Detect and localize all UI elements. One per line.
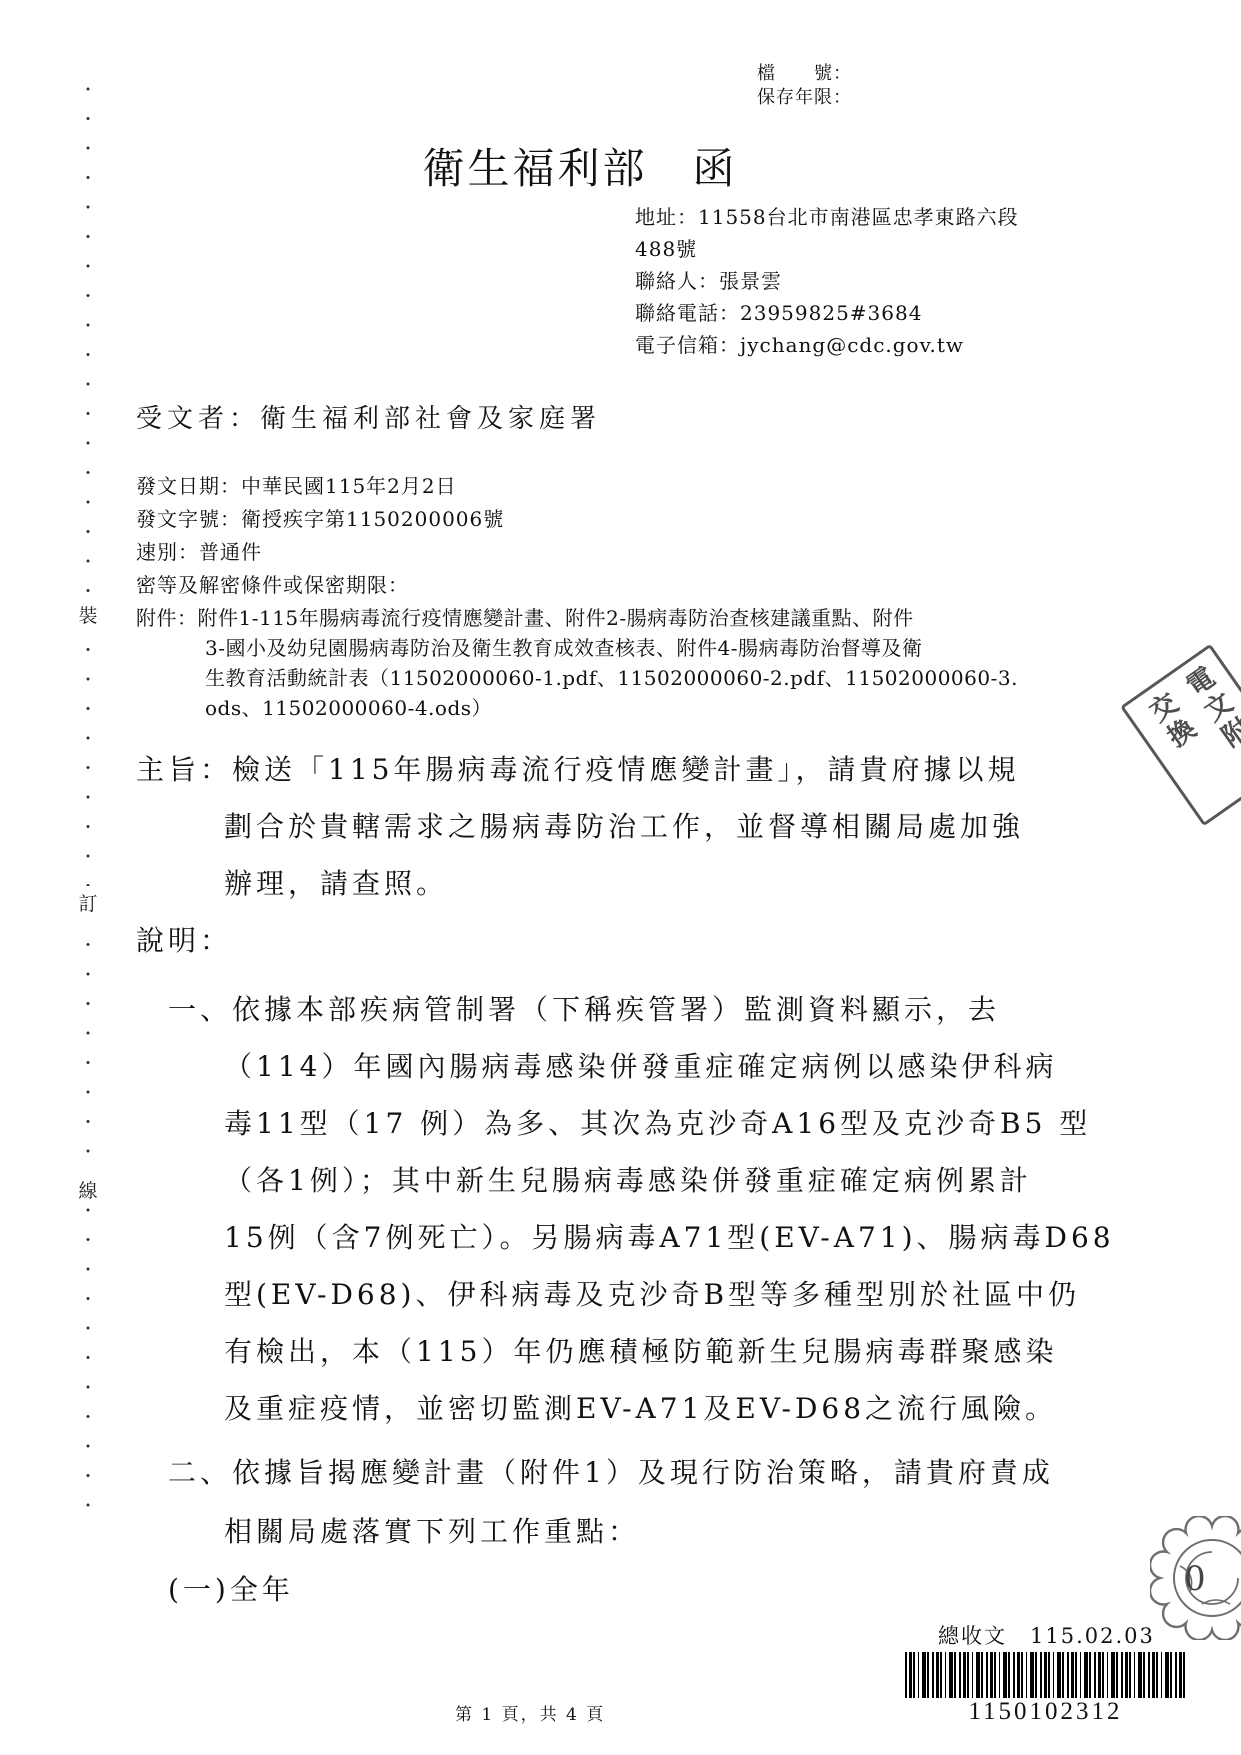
receipt-barcode-number: 1150102312 [905,1698,1186,1726]
attachment-line1: 附件：附件1-115年腸病毒流行疫情應變計畫、附件2-腸病毒防治查核建議重點、附… [136,602,914,631]
subject-line3: 辦理，請查照。 [224,862,448,902]
issue-date: 發文日期：中華民國115年2月2日 [136,470,457,499]
attachment-line2: 3-國小及幼兒園腸病毒防治及衛生教育成效查核表、附件4-腸病毒防治督導及衛 [205,632,922,661]
sender-contact-person: 聯絡人：張景雲 [635,266,782,298]
item1-line8: 及重症疫情，並密切監測EV-A71及EV-D68之流行風險。 [224,1387,1057,1427]
subject-line2: 劃合於貴轄需求之腸病毒防治工作，並督導相關局處加強 [224,805,1024,845]
issue-number: 發文字號：衛授疾字第1150200006號 [136,503,504,532]
item1-line5: 15例（含7例死亡）。另腸病毒A71型(EV-A71)、腸病毒D68 [224,1216,1115,1256]
sender-address-line1: 地址：11558台北市南港區忠孝東路六段 [635,202,1019,234]
page-title: 衛生福利部 函 [360,136,800,196]
file-number-label: 檔 號： [757,62,852,85]
received-date: 115.02.03 [1030,1624,1155,1648]
received-label: 總收文 [938,1624,1007,1648]
item2-line2: 相關局處落實下列工作重點： [224,1510,640,1550]
binding-mark-ding: 訂 [77,886,99,919]
receipt-barcode [905,1652,1186,1698]
attachment-line4: ods、11502000060-4.ods） [205,692,492,721]
security-class: 密等及解密條件或保密期限： [136,569,409,598]
page-number-footer: 第 1 頁，共 4 頁 [455,1700,605,1725]
received-line: 總收文 115.02.03 [938,1620,1155,1650]
round-receipt-stamp: 0 [1150,1516,1241,1640]
item2-line1: 二、依據旨揭應變計畫（附件1）及現行防治策略，請貴府責成 [168,1451,1054,1491]
attachment-line3: 生教育活動統計表（11502000060-1.pdf、11502000060-2… [205,662,1018,691]
scalloped-stamp-icon: 0 [1150,1516,1241,1640]
sender-address-line2: 488號 [635,234,697,266]
speed-class: 速別：普通件 [136,536,262,565]
official-letter-page: 裝 訂 線 檔 號： 保存年限： 衛生福利部 函 地址：11558台北市南港區忠… [0,0,1241,1755]
item1-line3: 毒11型（17 例）為多、其次為克沙奇A16型及克沙奇B5 型 [224,1102,1091,1142]
sender-phone: 聯絡電話：23959825#3684 [635,298,922,330]
item1-line6: 型(EV-D68)、伊科病毒及克沙奇B型等多種型別於社區中仍 [224,1273,1080,1313]
sub-item-1: (一)全年 [168,1568,294,1608]
subject-line1: 主旨：檢送「115年腸病毒流行疫情應變計畫」，請貴府據以規 [136,748,1019,788]
explanation-label: 說明： [136,919,232,959]
item1-line4: （各1例）；其中新生兒腸病毒感染併發重症確定病例累計 [224,1159,1032,1199]
electronic-exchange-stamp: 電文附 交換 [1120,644,1241,827]
binding-mark-xian: 線 [77,1173,99,1206]
round-stamp-digit: 0 [1184,1559,1206,1599]
recipient-line: 受文者：衛生福利部社會及家庭署 [136,398,601,435]
item1-line1: 一、依據本部疾病管制署（下稱疾管署）監測資料顯示，去 [168,988,1000,1028]
binding-mark-zhuang: 裝 [77,598,99,631]
sender-email: 電子信箱：jychang@cdc.gov.tw [635,330,964,362]
item1-line2: （114）年國內腸病毒感染併發重症確定病例以感染伊科病 [224,1045,1057,1085]
item1-line7: 有檢出，本（115）年仍應積極防範新生兒腸病毒群聚感染 [224,1330,1057,1370]
binding-dotted-line [86,85,90,1510]
retention-period-label: 保存年限： [757,86,852,109]
